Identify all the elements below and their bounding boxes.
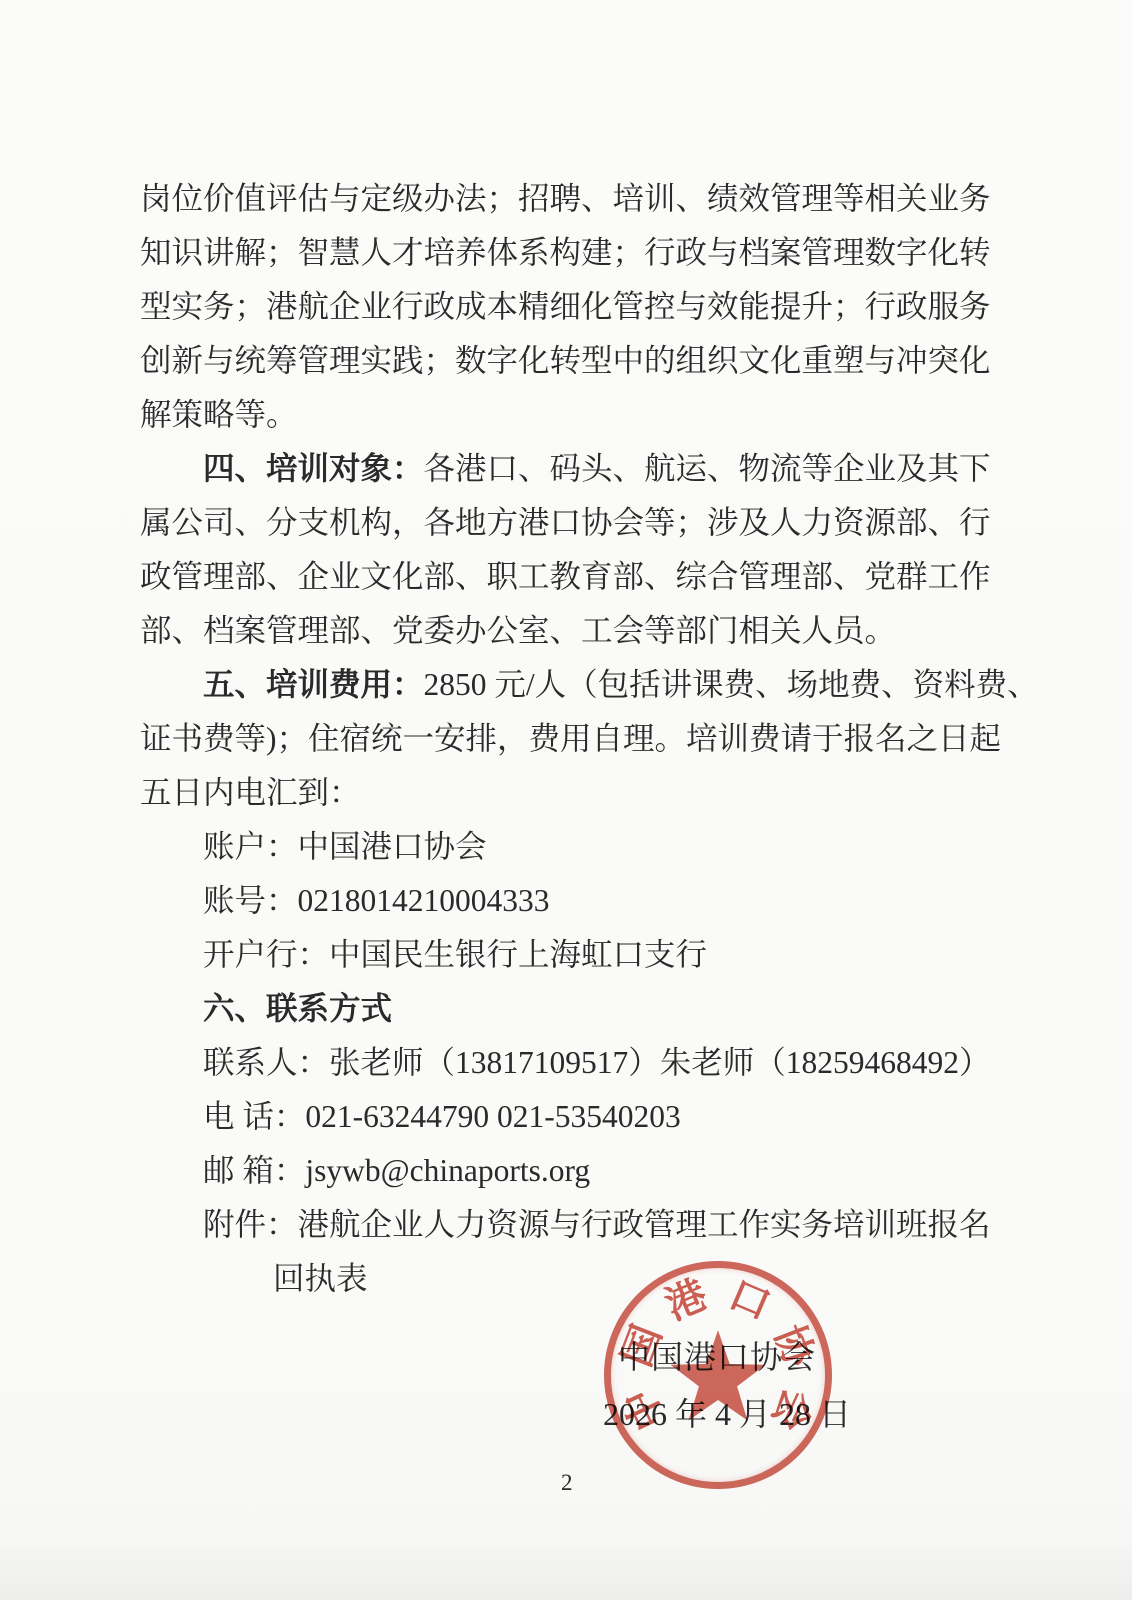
bank-account-name-line: 账户：中国港口协会: [140, 820, 1000, 874]
attachment-line-continued: 回执表: [140, 1252, 1000, 1306]
attachment-line: 附件：港航企业人力资源与行政管理工作实务培训班报名: [140, 1198, 1000, 1252]
bank-account-number-line: 账号：0218014210004333: [140, 874, 1000, 928]
section-5-training-fee-heading-line: 五、培训费用：2850 元/人（包括讲课费、场地费、资料费、: [140, 658, 1000, 712]
doc-line: 属公司、分支机构，各地方港口协会等；涉及人力资源部、行: [140, 496, 1000, 550]
page-number: 2: [561, 1470, 573, 1496]
doc-line: 政管理部、企业文化部、职工教育部、综合管理部、党群工作: [140, 550, 1000, 604]
doc-line: 五日内电汇到：: [140, 766, 1000, 820]
doc-line: 证书费等)；住宿统一安排，费用自理。培训费请于报名之日起: [140, 712, 1000, 766]
doc-line: 解策略等。: [140, 388, 1000, 442]
doc-line: 部、档案管理部、党委办公室、工会等部门相关人员。: [140, 604, 1000, 658]
phone-line: 电 话：021-63244790 021-53540203: [140, 1090, 1000, 1144]
doc-line: 知识讲解；智慧人才培养体系构建；行政与档案管理数字化转: [140, 226, 1000, 280]
document-body: 岗位价值评估与定级办法；招聘、培训、绩效管理等相关业务 知识讲解；智慧人才培养体…: [140, 172, 1000, 1306]
doc-line: 岗位价值评估与定级办法；招聘、培训、绩效管理等相关业务: [140, 172, 1000, 226]
email-line: 邮 箱：jsywb@chinaports.org: [140, 1144, 1000, 1198]
bank-branch-line: 开户行：中国民生银行上海虹口支行: [140, 928, 1000, 982]
signature-date: 2026 年 4 月 28 日: [603, 1389, 851, 1435]
contact-person-line: 联系人：张老师（13817109517）朱老师（18259468492）: [140, 1036, 1000, 1090]
section-6-contact-heading-line: 六、联系方式: [140, 982, 1000, 1036]
signature-organization: 中国港口协会: [618, 1332, 816, 1378]
section-4-training-target-heading-line: 四、培训对象：各港口、码头、航运、物流等企业及其下: [140, 442, 1000, 496]
doc-line: 创新与统筹管理实践；数字化转型中的组织文化重塑与冲突化: [140, 334, 1000, 388]
doc-line: 型实务；港航企业行政成本精细化管控与效能提升；行政服务: [140, 280, 1000, 334]
